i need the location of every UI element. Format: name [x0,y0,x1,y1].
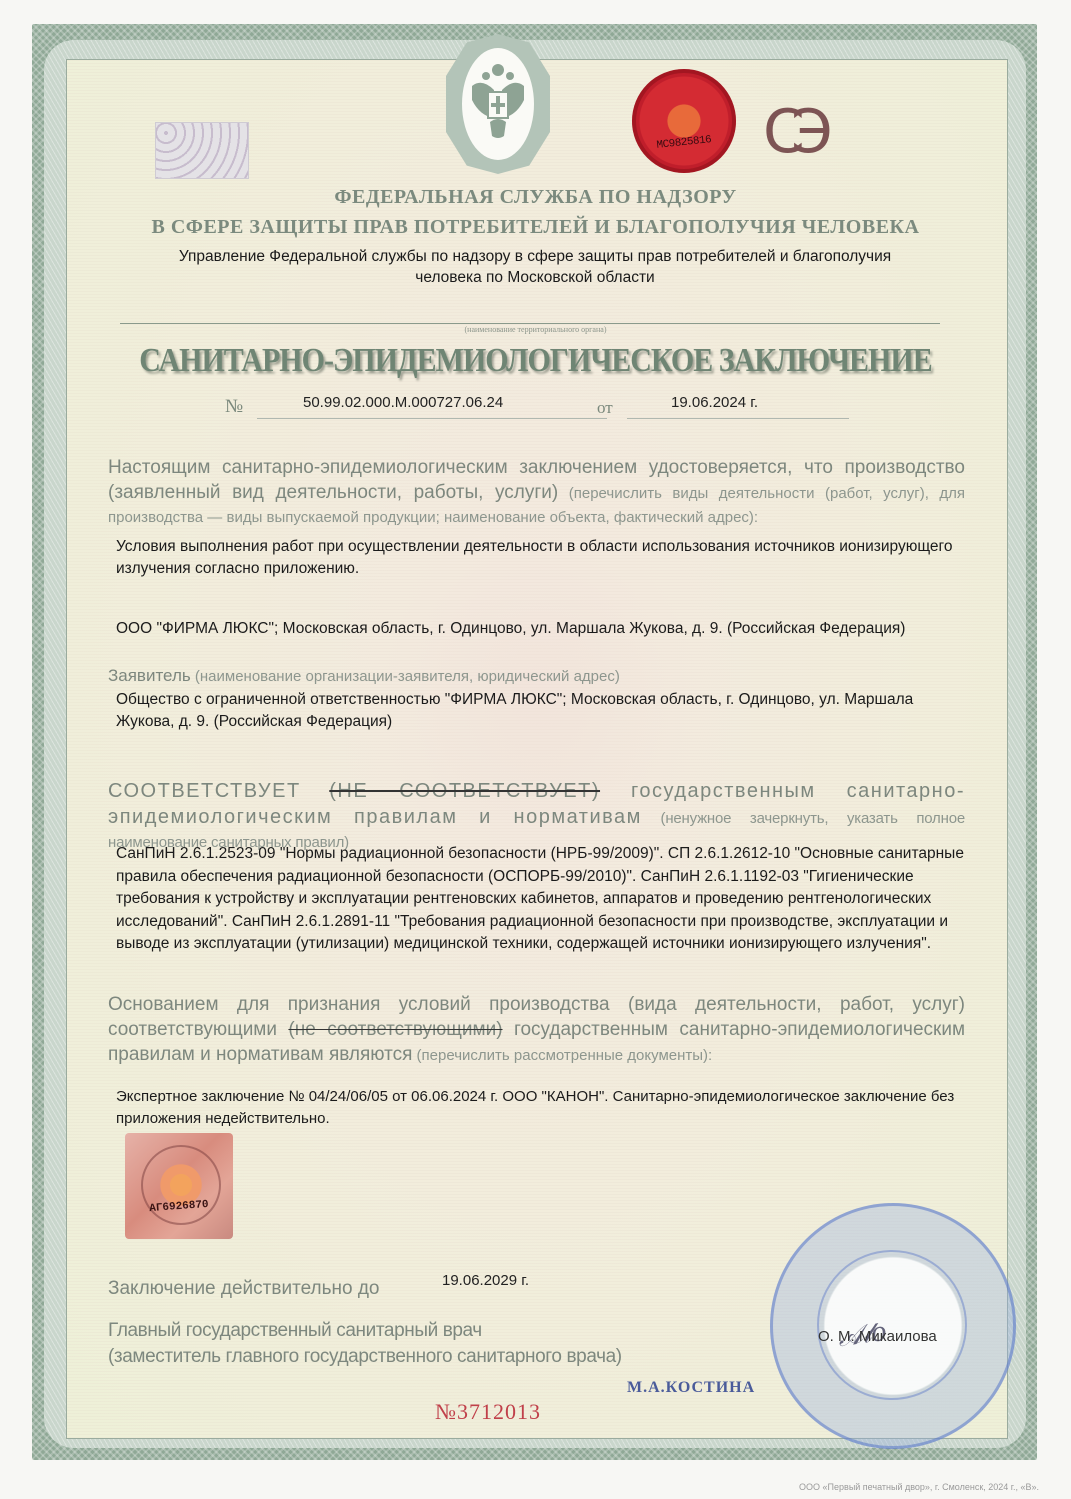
printer-imprint: ООО «Первый печатный двор», г. Смоленск,… [799,1482,1039,1492]
document-date: 19.06.2024 г. [671,394,758,411]
document-number-row: № 50.99.02.000.М.000727.06.24 от 19.06.2… [225,392,865,420]
validity-label: Заключение действительно до [108,1278,379,1299]
basis-documents: Экспертное заключение № 04/24/06/05 от 0… [116,1086,986,1130]
hologram-sticker-icon: АГ6926870 [125,1133,233,1239]
document-number: 50.99.02.000.М.000727.06.24 [303,394,503,411]
signer-name-stamp: М.А.КОСТИНА [627,1379,755,1397]
basis-hint: (перечислить рассмотренные документы): [412,1047,712,1064]
basis-paragraph: Основанием для признания условий произво… [108,993,965,1068]
se-logo-icon: СЭ [763,104,863,160]
regional-body-line2: человека по Московской области [100,267,970,288]
number-underline [257,418,607,419]
regional-body: Управление Федеральной службы по надзору… [100,246,970,288]
regional-body-hint: (наименование территориального органа) [0,325,1071,334]
applicant-hint: (наименование организации-заявителя, юри… [191,668,620,685]
signatory-name: О. М. Микаилова [818,1328,937,1345]
hologram-seal-icon: МС9825816 [632,69,736,173]
eagle-emblem-icon [462,48,534,160]
applicant-label: Заявитель [108,666,191,685]
date-underline [627,418,849,419]
signatory-title: Главный государственный санитарный врач … [108,1318,622,1370]
agency-title-line1: ФЕДЕРАЛЬНАЯ СЛУЖБА ПО НАДЗОРУ [0,186,1071,209]
compliance-struck: (НЕ СООТВЕТСТВУЕТ) [329,780,600,802]
validity-row: Заключение действительно до 19.06.2029 г… [108,1278,379,1300]
signatory-title-line1: Главный государственный санитарный врач [108,1318,622,1344]
official-round-stamp-icon [770,1203,1016,1449]
compliance-status: СООТВЕТСТВУЕТ [108,780,301,802]
signatory-title-line2: (заместитель главного государственного с… [108,1344,622,1370]
validity-date: 19.06.2029 г. [442,1272,529,1289]
applicant-heading: Заявитель (наименование организации-заяв… [108,666,620,686]
intro-paragraph: Настоящим санитарно-эпидемиологическим з… [108,456,965,530]
regional-body-underline [120,323,940,324]
hologram-strip-icon [155,122,249,179]
hologram-seal-code: МС9825816 [632,132,737,155]
form-serial-number: №3712013 [435,1399,541,1425]
applicant-value: Общество с ограниченной ответственностью… [116,689,966,733]
activity-description: Условия выполнения работ при осуществлен… [116,536,966,580]
basis-struck: (не соответствующими) [288,1019,502,1040]
number-label: № [225,396,243,418]
agency-title-line2: В СФЕРЕ ЗАЩИТЫ ПРАВ ПОТРЕБИТЕЛЕЙ И БЛАГО… [0,216,1071,239]
sanitary-rules-list: СанПиН 2.6.1.2523-09 "Нормы радиационной… [116,843,986,956]
regional-body-line1: Управление Федеральной службы по надзору… [100,246,970,267]
date-label: от [597,398,613,418]
object-address: ООО "ФИРМА ЛЮКС"; Московская область, г.… [116,618,966,640]
document-title: САНИТАРНО-ЭПИДЕМИОЛОГИЧЕСКОЕ ЗАКЛЮЧЕНИЕ [0,342,1071,380]
